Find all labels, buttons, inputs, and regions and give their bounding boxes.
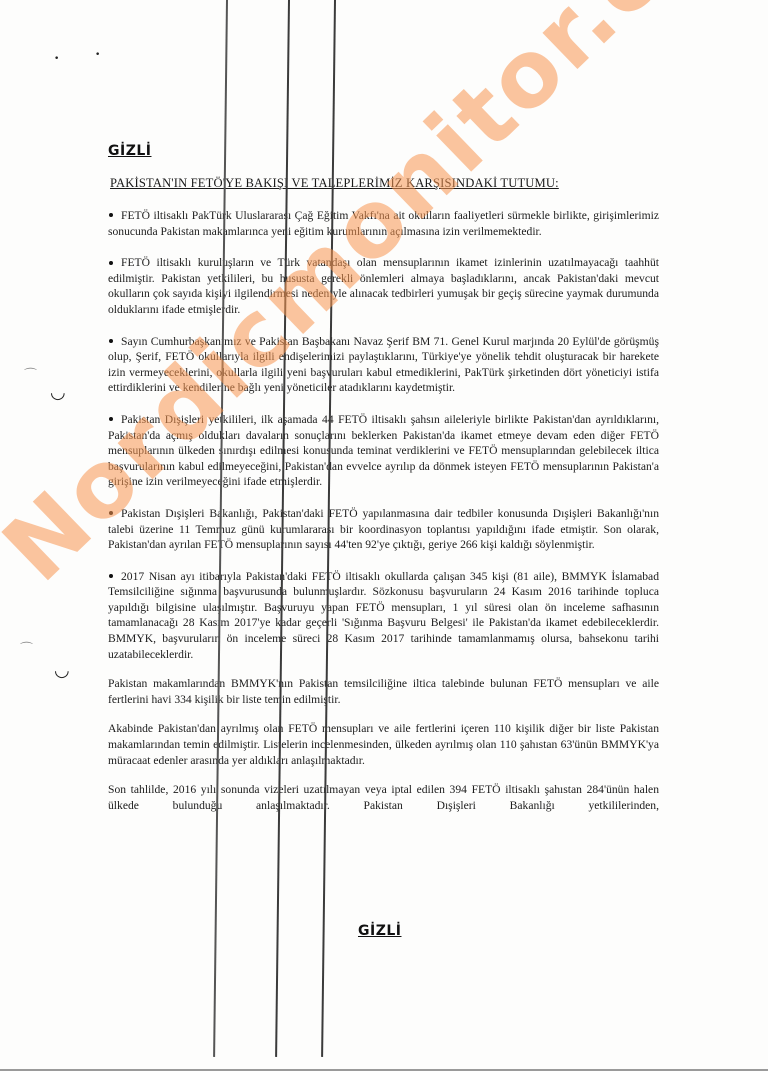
bullet-text: Sayın Cumhurbaşkanımız ve Pakistan Başba… — [108, 335, 659, 395]
scan-speck: • — [95, 50, 100, 60]
bullet-dot-icon — [109, 339, 113, 343]
bullet-text: Pakistan Dışişleri yetkilileri, ilk aşam… — [108, 413, 659, 488]
punch-hole-mark-icon: ◡ — [54, 660, 70, 681]
bullet-paragraph: Pakistan Dışişleri Bakanlığı, Pakistan'd… — [108, 506, 659, 553]
bullet-text: Pakistan Dışişleri Bakanlığı, Pakistan'd… — [108, 507, 659, 551]
bullet-dot-icon — [109, 213, 113, 217]
document-heading: PAKİSTAN'IN FETÖ'YE BAKIŞI VE TALEPLERİM… — [110, 176, 670, 191]
bullet-paragraph: 2017 Nisan ayı itibarıyla Pakistan'daki … — [108, 569, 659, 663]
bullet-text: FETÖ iltisaklı PakTürk Uluslararası Çağ … — [108, 209, 659, 238]
bullet-paragraph: FETÖ iltisaklı kuruluşların ve Türk vata… — [108, 255, 659, 317]
bullet-text: 2017 Nisan ayı itibarıyla Pakistan'daki … — [108, 570, 659, 661]
punch-hole-mark-icon: ⌒ — [20, 638, 33, 657]
body-paragraph: Son tahlilde, 2016 yılı sonunda vizeleri… — [108, 782, 659, 813]
bullet-paragraph: FETÖ iltisaklı PakTürk Uluslararası Çağ … — [108, 208, 659, 239]
bullet-paragraph: Pakistan Dışişleri yetkilileri, ilk aşam… — [108, 412, 659, 490]
body-paragraph: Akabinde Pakistan'dan ayrılmış olan FETÖ… — [108, 721, 659, 768]
document-body: FETÖ iltisaklı PakTürk Uluslararası Çağ … — [108, 208, 659, 813]
scanned-document-page: • • ⌒ ◡ ⌒ ◡ GİZLİ PAKİSTAN'IN FETÖ'YE BA… — [0, 0, 768, 1071]
punch-hole-mark-icon: ⌒ — [24, 364, 37, 383]
body-paragraph: Pakistan makamlarından BMMYK'nın Pakista… — [108, 676, 659, 707]
bullet-dot-icon — [109, 511, 113, 515]
bullet-text: FETÖ iltisaklı kuruluşların ve Türk vata… — [108, 256, 659, 316]
scan-speck: • — [54, 54, 59, 64]
bullet-paragraph: Sayın Cumhurbaşkanımız ve Pakistan Başba… — [108, 334, 659, 396]
punch-hole-mark-icon: ◡ — [50, 382, 66, 403]
classification-label-bottom: GİZLİ — [358, 923, 401, 939]
bullet-dot-icon — [109, 261, 113, 265]
bullet-dot-icon — [109, 417, 113, 421]
classification-label-top: GİZLİ — [108, 143, 151, 159]
bullet-dot-icon — [109, 574, 113, 578]
